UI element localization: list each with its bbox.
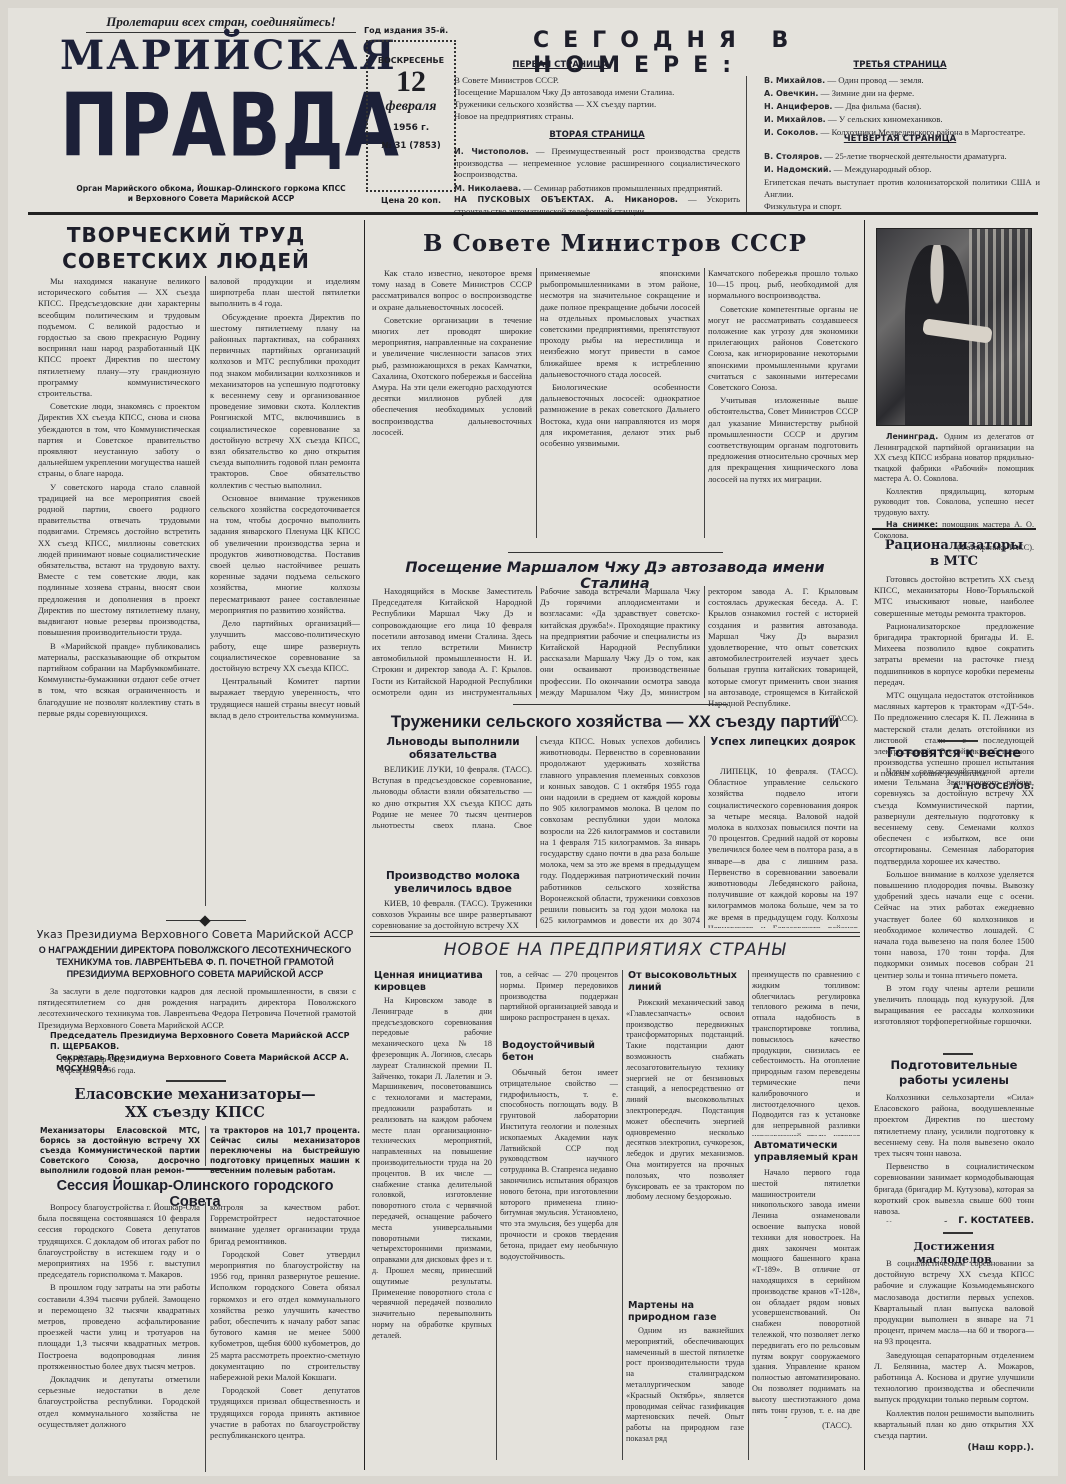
contents-page-4: ЧЕТВЕРТАЯ СТРАНИЦА В. Столяров. — 25-лет… [750, 134, 1040, 212]
enterprises-section-title: НОВОЕ НА ПРЕДПРИЯТИЯХ СТРАНЫ [370, 940, 860, 960]
newspaper-page: Пролетарии всех стран, соединяйтесь! МАР… [8, 8, 1058, 1476]
martens-headline: Мартены на природном газе [628, 1300, 746, 1324]
decree-place-date: Гор. Йошкар-Ола, 6 февраля 1956 года. [60, 1054, 260, 1076]
council-col3: Камчатского побережья прошло только 10—1… [708, 268, 858, 538]
flax-text: ВЕЛИКИЕ ЛУКИ, 10 февраля. (ТАСС). Вступа… [372, 764, 532, 828]
zhu-de-col3: ректором завода А. Г. Крыловым состоялас… [708, 586, 858, 724]
year: 1956 г. [368, 123, 454, 133]
agriculture-middle-text: съезда КПСС. Новых успехов добились живо… [540, 736, 700, 928]
elasovo-headline: Еласовские механизаторы— XX съезду КПСС [30, 1086, 360, 1122]
lipetsk-text: ЛИПЕЦК, 10 февраля. (ТАСС). Областное уп… [708, 766, 858, 928]
toc-item[interactable]: Новое на предприятиях страны. [454, 110, 690, 122]
gas-cont-text: преимуществ по сравнению с жидким топлив… [752, 970, 860, 1136]
newspaper-title-line1: МАРИЙСКАЯ [60, 32, 397, 79]
elasovo-col2: та тракторов на 101,7 процента. Сейчас с… [210, 1126, 360, 1176]
price: Цена 20 коп. [366, 196, 456, 205]
kirov-text: На Кировском заводе в Ленинграде в дни п… [372, 996, 492, 1456]
council-col1: Как стало известно, некоторое время тому… [372, 268, 532, 538]
newspaper-title-line2: ПРАВДА [60, 74, 400, 177]
hv-lines-headline: От высоковольтных линий [628, 970, 746, 994]
council-col2: применяемые японскими рыбопромышленникам… [540, 268, 700, 538]
city-council-col2: контроля за качеством работ. Горремстрой… [210, 1202, 360, 1472]
newspaper-subtitle: Орган Марийского обкома, Йошкар-Олинског… [46, 184, 376, 204]
crane-text: Начало первого года шестой пятилетки маш… [752, 1168, 860, 1418]
issue-number: № 31 (7853) [368, 141, 454, 151]
year-of-publication: Год издания 35-й. [364, 26, 448, 35]
decree-subtitle: О НАГРАЖДЕНИИ ДИРЕКТОРА ПОВОЛЖСКОГО ЛЕСО… [30, 944, 360, 980]
toc-item[interactable]: Физкультура и спорт. [764, 200, 1040, 212]
toc-item[interactable]: В Совете Министров СССР. [454, 74, 690, 86]
spring-text: Члены сельскохозяйственной артели имени … [874, 766, 1034, 1028]
elasovo-col1: Механизаторы Еласовской МТС, борясь за д… [40, 1126, 200, 1176]
slogan: Пролетарии всех стран, соединяйтесь! [86, 14, 356, 33]
kirov-cont: тов, а сейчас — 270 процентов нормы. При… [500, 970, 618, 1030]
toc-item[interactable]: И. Михайлов. — У сельских киномехаников. [764, 113, 1040, 126]
contents-page-3: ТРЕТЬЯ СТРАНИЦА В. Михайлов. — Один пров… [750, 60, 1040, 139]
milk-headline: Производство молока увеличилось вдвое [374, 870, 532, 896]
toc-item[interactable]: М. Николаева. — Семинар работников промы… [454, 183, 740, 195]
council-headline: В Совете Министров СССР [370, 230, 860, 257]
contents-page-2: ВТОРАЯ СТРАНИЦА И. Чистополов. — Преимущ… [454, 130, 740, 217]
toc-item[interactable]: В. Столяров. — 25-летие творческой деяте… [764, 150, 1040, 163]
hv-lines-text: Рижский механический завод «Главлесзапча… [626, 998, 744, 1242]
concrete-headline: Водоустойчивый бетон [502, 1040, 620, 1064]
city-council-col1: Вопросу благоустройства г. Йошкар-Ола бы… [38, 1202, 200, 1472]
contents-page-1: ПЕРВАЯ СТРАНИЦА В Совете Министров СССР.… [390, 60, 690, 122]
photo-spinner-sokolova [876, 228, 1032, 426]
ornament-icon [199, 915, 210, 926]
lipetsk-headline: Успех липецких доярок [708, 736, 858, 749]
crane-headline: Автоматически управляемый кран [754, 1140, 862, 1164]
zhu-de-col1: Находящийся в Москве Заместитель Председ… [372, 586, 532, 698]
martens-text: Одним из важнейших мероприятий, обеспечи… [626, 1326, 744, 1450]
crane-credit: (ТАСС). [752, 1420, 852, 1431]
editorial-col1: Мы находимся накануне великого историчес… [38, 276, 200, 906]
decree-text: За заслуги в деле подготовки кадров для … [38, 986, 356, 1033]
prep-work-headline: Подготовительные работы усилены [874, 1058, 1034, 1088]
milk-text: КИЕВ, 10 февраля. (ТАСС). Труженики совх… [372, 898, 532, 932]
toc-item[interactable]: Посещение Маршалом Чжу Дэ автозавода име… [454, 86, 690, 98]
toc-item[interactable]: Египетская печать выступает против колон… [764, 176, 1040, 200]
prep-work-text: Колхозники сельхозартели «Сила» Еласовск… [874, 1092, 1034, 1222]
rationalizers-headline: Рационализаторы в МТС [874, 538, 1034, 570]
butter-text: В социалистическом соревновании за досто… [874, 1258, 1034, 1454]
toc-item[interactable]: И. Надомский. — Международный обзор. [764, 163, 1040, 176]
concrete-text: Обычный бетон имеет отрицательное свойст… [500, 1068, 618, 1458]
spring-headline: Готовятся к весне [874, 746, 1034, 761]
section-divider [370, 932, 860, 937]
toc-item[interactable]: В. Михайлов. — Один провод — земля. [764, 74, 1040, 87]
toc-item[interactable]: Труженики сельского хозяйства — XX съезд… [454, 98, 690, 110]
kirov-headline: Ценная инициатива кировцев [374, 970, 494, 994]
prep-work-signature: Г. КОСТАТЕЕВ. [874, 1216, 1034, 1226]
zhu-de-col2: Рабочие завода встречали Маршала Чжу Дэ … [540, 586, 700, 698]
editorial-headline: ТВОРЧЕСКИЙ ТРУД СОВЕТСКИХ ЛЮДЕЙ [36, 222, 336, 274]
flax-headline: Льноводы выполнили обязательства [374, 736, 532, 762]
editorial-col2: валовой продукции и изделиям ширпотреба … [210, 276, 360, 906]
toc-item[interactable]: А. Овечкин. — Зимние дни на ферме. [764, 87, 1040, 100]
toc-item[interactable]: Н. Анциферов. — Два фильма (басня). [764, 100, 1040, 113]
decree-title: Указ Президиума Верховного Совета Марийс… [30, 928, 360, 941]
photo-caption: Ленинград. Одним из делегатов от Ленингр… [874, 432, 1034, 554]
agriculture-headline: Труженики сельского хозяйства — XX съезд… [370, 712, 860, 732]
toc-item[interactable]: И. Чистополов. — Преимущественный рост п… [454, 146, 740, 181]
